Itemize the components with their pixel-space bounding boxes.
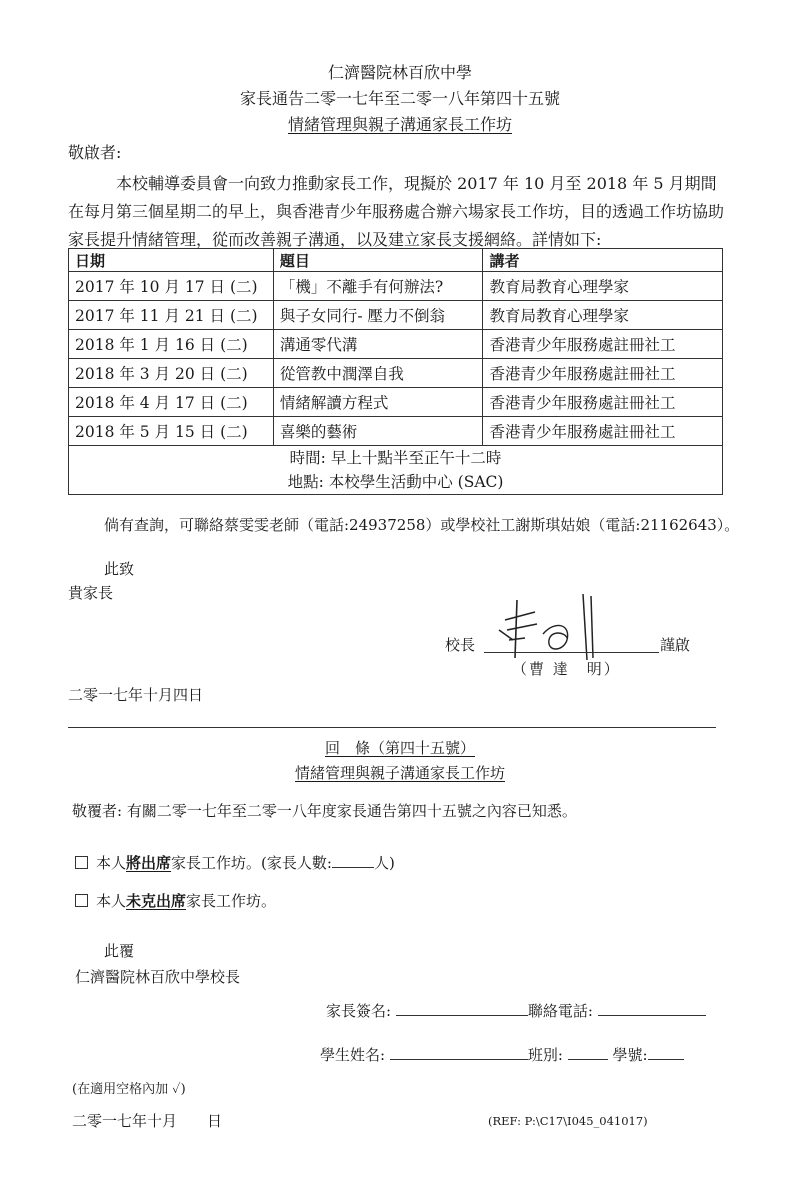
document-title: 情緒管理與親子溝通家長工作坊 [0,112,800,135]
reply-slip-title-text: 回 條（第四十五號） [325,739,475,757]
table-row: 2018 年 5 月 15 日 (二) 喜樂的藝術 香港青少年服務處註冊社工 [69,417,723,446]
reference-code: (REF: P:\C17\I045_041017) [488,1114,648,1128]
cell-date: 2018 年 5 月 15 日 (二) [69,417,274,446]
cell-speaker: 香港青少年服務處註冊社工 [483,388,723,417]
cell-date: 2018 年 3 月 20 日 (二) [69,359,274,388]
parent-signature-field[interactable] [396,1001,528,1016]
intro-paragraph: 本校輔導委員會一向致力推動家長工作，現擬於 2017 年 10 月至 2018 … [68,170,728,254]
table-header-row: 日期 題目 講者 [69,249,723,272]
notice-number: 家長通告二零一七年至二零一八年第四十五號 [0,86,800,109]
attend-checkbox[interactable] [75,856,88,869]
workshop-venue: 地點: 本校學生活動中心 (SAC) [75,470,716,494]
principal-title: 校長 [445,634,475,655]
acknowledge-text: 敬覆者: 有關二零一七年至二零一八年度家長通告第四十五號之內容已知悉。 [72,800,577,821]
school-name: 仁濟醫院林百欣中學 [0,60,800,83]
time-venue-cell: 時間: 早上十點半至正午十二時 地點: 本校學生活動中心 (SAC) [69,446,723,495]
reply-closing-line1: 此覆 [104,940,134,961]
table-row: 2018 年 3 月 20 日 (二) 從管教中潤澤自我 香港青少年服務處註冊社… [69,359,723,388]
cell-date: 2017 年 10 月 17 日 (二) [69,272,274,301]
cell-topic: 從管教中潤澤自我 [273,359,483,388]
student-name-field[interactable] [390,1045,528,1060]
cell-topic: 與子女同行- 壓力不倒翁 [273,301,483,330]
attend-emphasis: 將出席 [126,854,171,872]
principal-name: （曹 達 明） [512,658,621,679]
attend-suffix: 家長工作坊。(家長人數: [171,854,332,872]
table-row: 2017 年 10 月 17 日 (二) 「機」不離手有何辦法? 教育局教育心理… [69,272,723,301]
reply-date-line: 二零一七年十月 日 [72,1110,222,1131]
signature-line [484,652,659,653]
cell-topic: 喜樂的藝術 [273,417,483,446]
decline-emphasis: 未克出席 [126,892,186,910]
reply-slip-title: 回 條（第四十五號） [0,737,800,758]
cell-speaker: 香港青少年服務處註冊社工 [483,330,723,359]
decline-prefix: 本人 [96,892,126,910]
cell-speaker: 教育局教育心理學家 [483,272,723,301]
student-number-field[interactable] [648,1045,684,1060]
workshop-time: 時間: 早上十點半至正午十二時 [75,446,716,470]
time-venue-row: 時間: 早上十點半至正午十二時 地點: 本校學生活動中心 (SAC) [69,446,723,495]
class-label: 班別: [528,1046,563,1064]
reply-slip-subtitle-text: 情緒管理與親子溝通家長工作坊 [295,764,505,782]
cell-date: 2018 年 1 月 16 日 (二) [69,330,274,359]
decline-suffix: 家長工作坊。 [186,892,276,910]
intro-text: 本校輔導委員會一向致力推動家長工作，現擬於 2017 年 10 月至 2018 … [68,174,724,249]
attend-prefix: 本人 [96,854,126,872]
document-title-text: 情緒管理與親子溝通家長工作坊 [288,115,512,134]
student-number-label: 學號: [612,1046,647,1064]
cell-speaker: 香港青少年服務處註冊社工 [483,417,723,446]
cell-date: 2018 年 4 月 17 日 (二) [69,388,274,417]
checkmark-instruction: (在適用空格內加 ✓) [72,1078,186,1097]
cell-topic: 情緒解讀方程式 [273,388,483,417]
option-attend[interactable]: 本人將出席家長工作坊。(家長人數:人) [75,852,395,873]
parent-signature-label: 家長簽名: [326,1002,391,1020]
parent-signature-row: 家長簽名: 聯絡電話: [326,1000,706,1021]
schedule-table: 日期 題目 講者 2017 年 10 月 17 日 (二) 「機」不離手有何辦法… [68,248,723,495]
column-header-speaker: 講者 [483,249,723,272]
cell-topic: 「機」不離手有何辦法? [273,272,483,301]
closing-line2: 貴家長 [68,582,113,603]
cell-speaker: 教育局教育心理學家 [483,301,723,330]
decline-checkbox[interactable] [75,894,88,907]
student-name-label: 學生姓名: [320,1046,385,1064]
contact-phone-field[interactable] [598,1001,706,1016]
reply-slip-subtitle: 情緒管理與親子溝通家長工作坊 [0,762,800,783]
table-row: 2018 年 1 月 16 日 (二) 溝通零代溝 香港青少年服務處註冊社工 [69,330,723,359]
class-field[interactable] [568,1045,608,1060]
parent-count-field[interactable] [332,853,374,868]
contact-phone-label: 聯絡電話: [528,1002,593,1020]
attend-unit: 人) [374,854,395,872]
cell-date: 2017 年 11 月 21 日 (二) [69,301,274,330]
column-header-topic: 題目 [273,249,483,272]
student-info-row: 學生姓名: 班別: 學號: [320,1044,684,1065]
column-header-date: 日期 [69,249,274,272]
issue-date: 二零一七年十月四日 [68,684,203,705]
closing-line1: 此致 [104,558,134,579]
option-decline[interactable]: 本人未克出席家長工作坊。 [75,890,276,911]
cut-line-divider [68,727,716,728]
salutation: 敬啟者: [68,140,121,163]
enquiry-text: 倘有查詢，可聯絡蔡雯雯老師（電話:24937258）或學校社工謝斯琪姑娘（電話:… [104,514,739,535]
cell-topic: 溝通零代溝 [273,330,483,359]
reply-closing-line2: 仁濟醫院林百欣中學校長 [75,966,240,987]
respectfully-label: 謹啟 [660,634,690,655]
cell-speaker: 香港青少年服務處註冊社工 [483,359,723,388]
table-row: 2017 年 11 月 21 日 (二) 與子女同行- 壓力不倒翁 教育局教育心… [69,301,723,330]
table-row: 2018 年 4 月 17 日 (二) 情緒解讀方程式 香港青少年服務處註冊社工 [69,388,723,417]
